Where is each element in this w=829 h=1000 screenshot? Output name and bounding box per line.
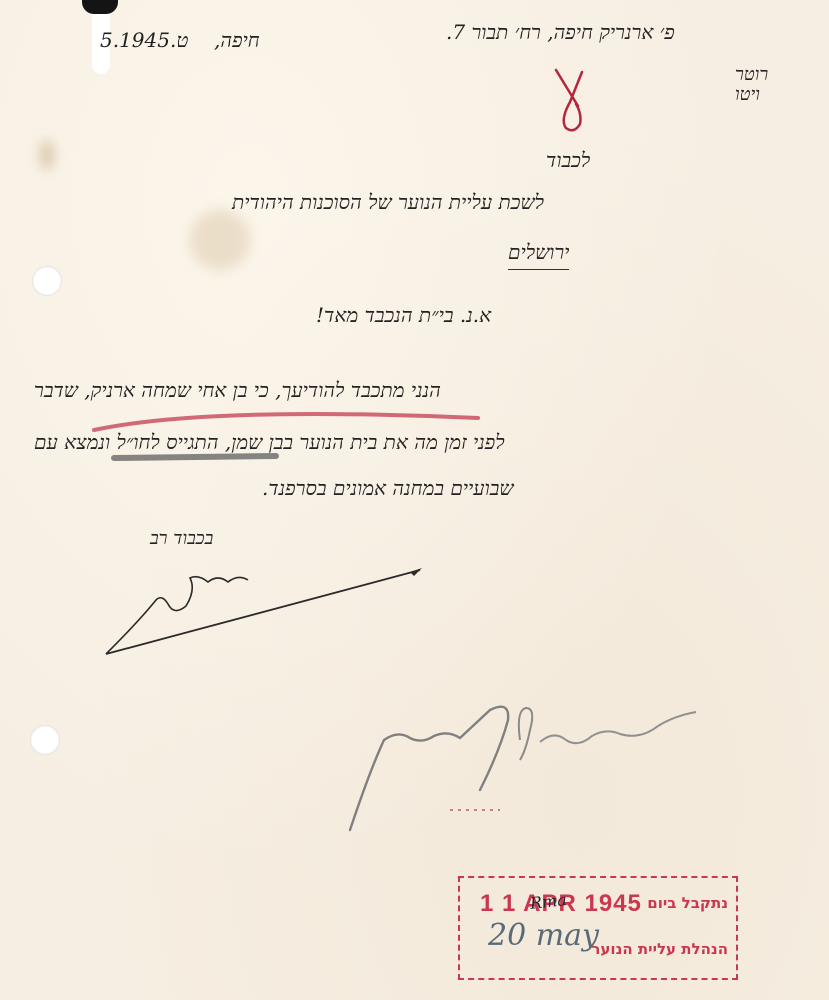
stamp-received-label: נתקבל ביום: [647, 894, 728, 912]
paper-stain: [190, 210, 250, 270]
punch-hole-top: [32, 266, 62, 296]
salutation-to: לכבוד: [546, 148, 590, 173]
margin-note-line2: ויטו: [735, 84, 760, 105]
paperclip-shadow: [82, 0, 118, 14]
stamp-handwritten-note: 20 may: [488, 918, 599, 953]
red-check-mark: [552, 66, 592, 136]
pencil-underline: [110, 452, 280, 466]
greeting: א.נ. בי״ת הנכבד מאד!: [316, 303, 491, 328]
body-line-3: שבועיים במחנה אמונים בסרפנד.: [262, 476, 514, 501]
body-line-1: הנני מתכבד להודיעך, כי בן אחי שמחה ארניק…: [34, 378, 441, 403]
received-stamp: 1 1 APR 1945 נתקבל ביום הנהלת עליית הנוע…: [458, 876, 738, 980]
ink-signature: [100, 560, 430, 670]
closing: בכבוד רב: [150, 528, 213, 549]
margin-note-line1: רוטר: [735, 64, 768, 85]
paper-background: ט.5.1945 חיפה, פ׳ ארנריק חיפה, רח׳ תבור …: [0, 0, 829, 1000]
sender-address: פ׳ ארנריק חיפה, רח׳ תבור 7.: [446, 20, 675, 45]
letter-date: ט.5.1945: [100, 28, 188, 53]
punch-hole-bottom: [30, 725, 60, 755]
paper-stain: [40, 140, 54, 170]
stamp-office-label: הנהלת עליית הנוער: [591, 940, 728, 958]
addressee: לשכת עליית הנוער של הסוכנות היהודית: [232, 190, 544, 215]
addressee-city: ירושלים: [508, 240, 569, 270]
stamp-handwritten-over: Rma: [529, 890, 568, 913]
pencil-signature: [340, 690, 720, 840]
letter-place: חיפה,: [214, 28, 260, 53]
